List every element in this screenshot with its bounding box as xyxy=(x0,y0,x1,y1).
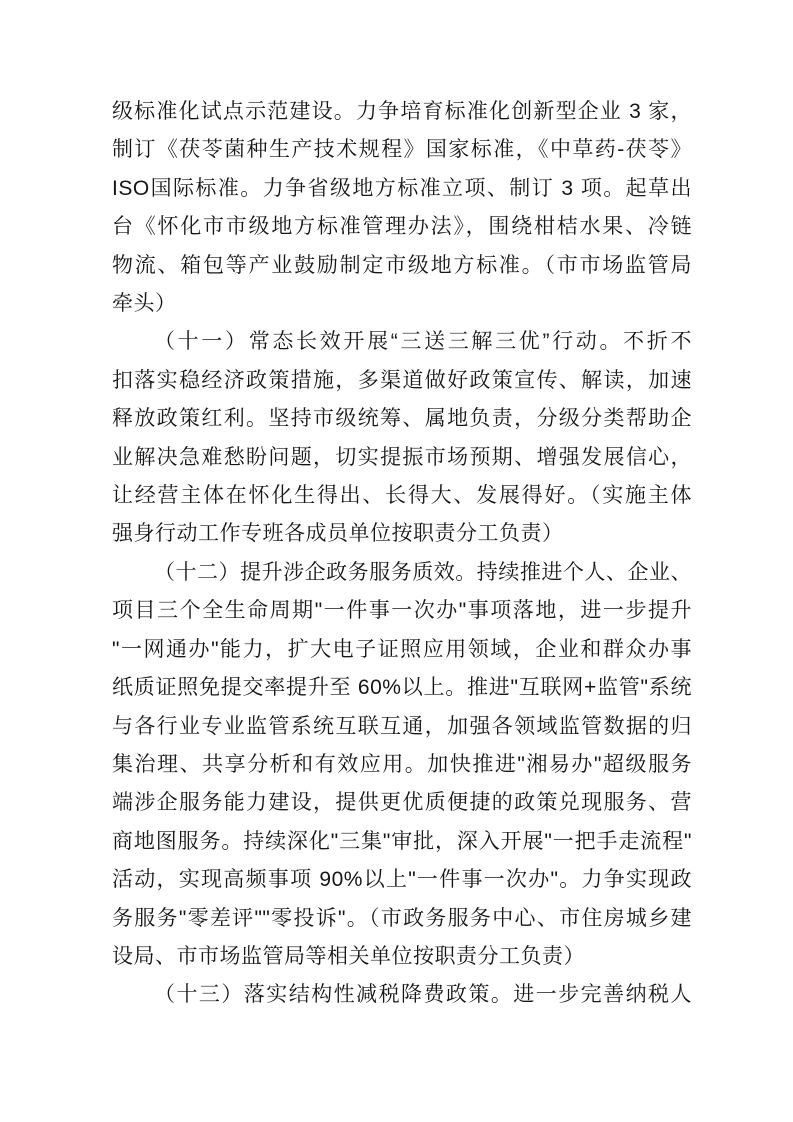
text-line: 释放政策红利。坚持市级统筹、属地负责，分级分类帮助企 xyxy=(112,400,692,438)
text-line: 扣落实稳经济政策措施，多渠道做好政策宣传、解读，加速 xyxy=(112,362,692,400)
text-line: 务服务"零差评""零投诉"。（市政务服务中心、市住房城乡建 xyxy=(112,900,692,938)
text-line: 活动，实现高频事项 90%以上"一件事一次办"。力争实现政 xyxy=(112,861,692,899)
text-line: ISO国际标准。力争省级地方标准立项、制订 3 项。起草出 xyxy=(112,170,692,208)
text-line-paragraph-end: 设局、市市场监管局等相关单位按职责分工负责） xyxy=(112,938,692,976)
text-line: 端涉企服务能力建设，提供更优质便捷的政策兑现服务、营 xyxy=(112,784,692,822)
text-line: 与各行业专业监管系统互联互通，加强各领域监管数据的归 xyxy=(112,708,692,746)
text-line: "一网通办"能力，扩大电子证照应用领域，企业和群众办事 xyxy=(112,631,692,669)
text-line-paragraph-start: （十一）常态长效开展“三送三解三优”行动。不折不 xyxy=(112,323,692,361)
text-line-paragraph-end: 牵头） xyxy=(112,285,692,323)
text-line: 台《怀化市市级地方标准管理办法》，围绕柑桔水果、冷链 xyxy=(112,208,692,246)
text-line: 项目三个全生命周期"一件事一次办"事项落地，进一步提升 xyxy=(112,592,692,630)
text-line: 让经营主体在怀化生得出、长得大、发展得好。（实施主体 xyxy=(112,477,692,515)
text-line: 业解决急难愁盼问题，切实提振市场预期、增强发展信心， xyxy=(112,439,692,477)
text-line-paragraph-end: 强身行动工作专班各成员单位按职责分工负责） xyxy=(112,515,692,553)
text-line: 集治理、共享分析和有效应用。加快推进"湘易办"超级服务 xyxy=(112,746,692,784)
text-line-paragraph-start: （十二）提升涉企政务服务质效。持续推进个人、企业、 xyxy=(112,554,692,592)
document-page: 级标准化试点示范建设。力争培育标准化创新型企业 3 家， 制订《茯苓菌种生产技术… xyxy=(0,0,793,1122)
text-line-paragraph-start: （十三）落实结构性减税降费政策。进一步完善纳税人 xyxy=(112,976,692,1014)
document-text-block: 级标准化试点示范建设。力争培育标准化创新型企业 3 家， 制订《茯苓菌种生产技术… xyxy=(112,93,692,1015)
text-line: 商地图服务。持续深化"三集"审批，深入开展"一把手走流程" xyxy=(112,823,692,861)
text-line: 物流、箱包等产业鼓励制定市级地方标准。（市市场监管局 xyxy=(112,247,692,285)
text-line: 级标准化试点示范建设。力争培育标准化创新型企业 3 家， xyxy=(112,93,692,131)
text-line: 纸质证照免提交率提升至 60%以上。推进"互联网+监管"系统 xyxy=(112,669,692,707)
text-line: 制订《茯苓菌种生产技术规程》国家标准，《中草药-茯苓》 xyxy=(112,131,692,169)
